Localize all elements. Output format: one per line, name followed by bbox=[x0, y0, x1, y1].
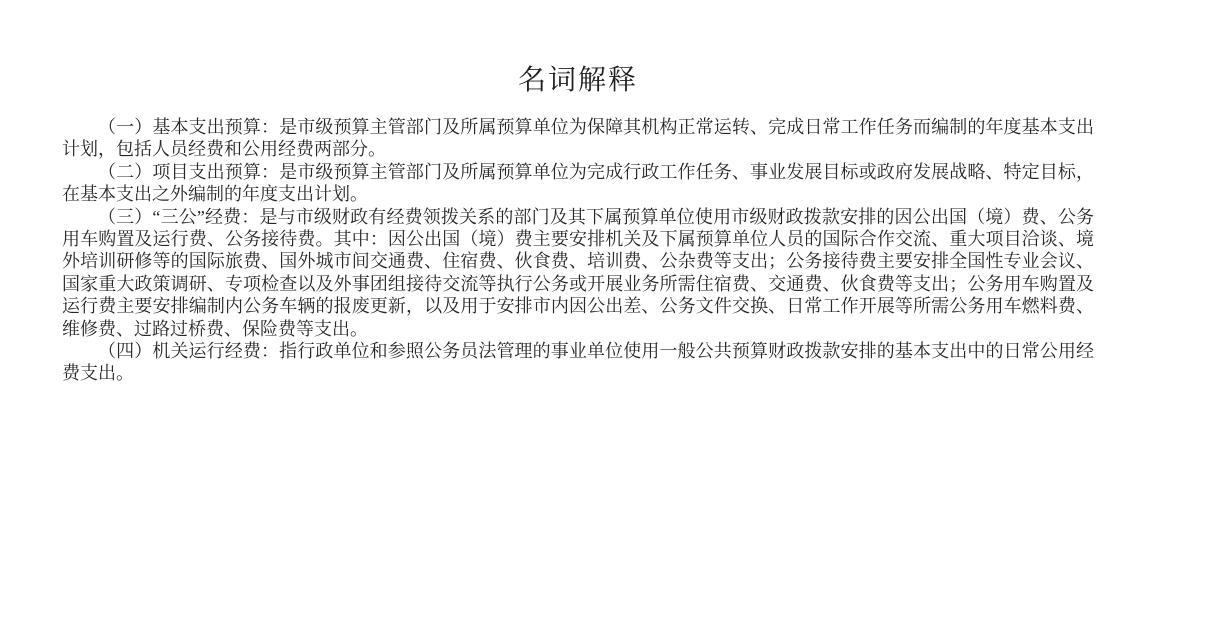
document-body: （一）基本支出预算：是市级预算主管部门及所属预算单位为保障其机构正常运转、完成日… bbox=[62, 116, 1094, 385]
document-content: 名词解释 （一）基本支出预算：是市级预算主管部门及所属预算单位为保障其机构正常运… bbox=[62, 0, 1094, 385]
paragraph-project-expenditure-budget: （二）项目支出预算：是市级预算主管部门及所属预算单位为完成行政工作任务、事业发展… bbox=[62, 161, 1094, 206]
paragraph-three-public-funds: （三）“三公”经费：是与市级财政有经费领拨关系的部门及其下属预算单位使用市级财政… bbox=[62, 206, 1094, 340]
document-page: 名词解释 （一）基本支出预算：是市级预算主管部门及所属预算单位为保障其机构正常运… bbox=[0, 0, 1206, 642]
document-title: 名词解释 bbox=[62, 64, 1094, 98]
paragraph-basic-expenditure-budget: （一）基本支出预算：是市级预算主管部门及所属预算单位为保障其机构正常运转、完成日… bbox=[62, 116, 1094, 161]
paragraph-agency-operating-funds: （四）机关运行经费：指行政单位和参照公务员法管理的事业单位使用一般公共预算财政拨… bbox=[62, 340, 1094, 385]
